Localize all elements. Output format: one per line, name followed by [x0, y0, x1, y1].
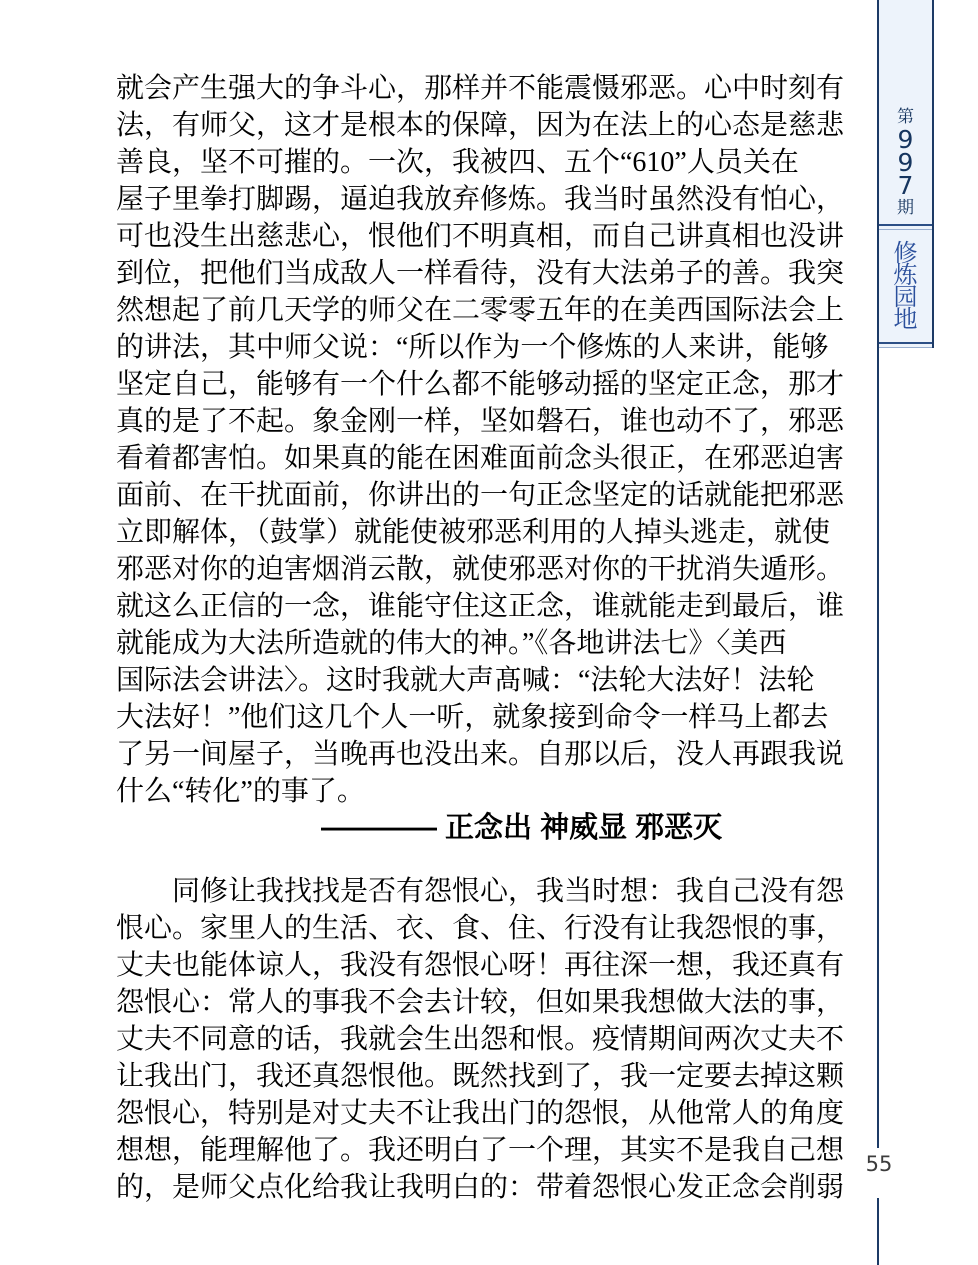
sidebar-separator-bottom [879, 342, 932, 348]
issue-number-block: 第 9 9 7 期 [879, 0, 932, 219]
issue-suffix-label: 期 [879, 197, 932, 219]
paragraph-resentment: 同修让我找找是否有怨恨心，我当时想：我自己没有怨 恨心。家里人的生活、衣、食、住… [116, 873, 852, 1206]
section-title-char: 炼 [879, 265, 932, 287]
section-title-char: 地 [879, 309, 932, 331]
main-text-column: 就会产生强大的争斗心，那样并不能震慑邪恶。心中时刻有 法，有师父，这才是根本的保… [116, 70, 852, 1206]
article-signoff-heading: ———— 正念出 神威显 邪恶灭 [116, 810, 852, 847]
paragraph-continued-from-previous-page: 就会产生强大的争斗心，那样并不能震慑邪恶。心中时刻有 法，有师父，这才是根本的保… [116, 70, 852, 810]
issue-digit: 7 [879, 174, 932, 197]
section-title-char: 园 [879, 287, 932, 309]
section-title-block: 修 炼 园 地 [879, 230, 932, 342]
sidebar-rule-bottom-segment [877, 1198, 879, 1265]
section-title-char: 修 [879, 243, 932, 265]
issue-sidebar-panel: 第 9 9 7 期 修 炼 园 地 [877, 0, 934, 348]
page-number: 55 [864, 1152, 894, 1176]
